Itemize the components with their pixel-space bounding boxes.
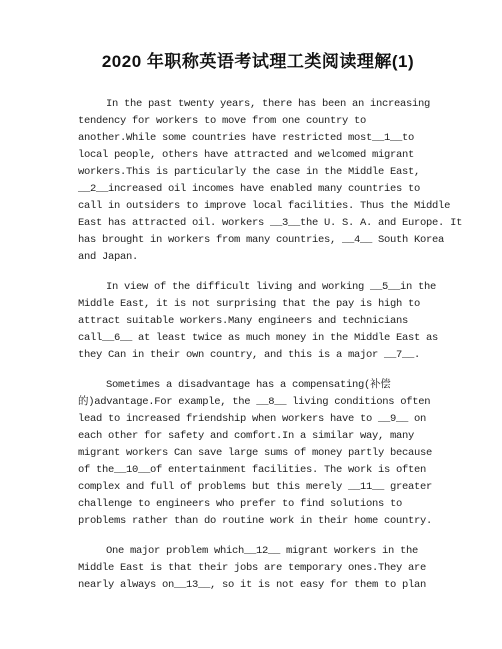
text-line: they Can in their own country, and this … [78,347,448,364]
document-page: 2020 年职称英语考试理工类阅读理解(1) In the past twent… [0,0,502,649]
text-line: tendency for workers to move from one co… [78,113,448,130]
text-line: Middle East is that their jobs are tempo… [78,560,448,577]
text-line: and Japan. [78,249,448,266]
text-line: nearly always on__13__, so it is not eas… [78,577,448,594]
paragraph: In the past twenty years, there has been… [78,96,448,266]
document-body: In the past twenty years, there has been… [78,96,448,594]
text-line: attract suitable workers.Many engineers … [78,313,448,330]
paragraph: In view of the difficult living and work… [78,279,448,364]
text-line: lead to increased friendship when worker… [78,411,448,428]
text-line: Sometimes a disadvantage has a compensat… [78,377,448,394]
text-line: of the__10__of entertainment facilities.… [78,462,448,479]
text-line: In view of the difficult living and work… [78,279,448,296]
paragraph: One major problem which__12__ migrant wo… [78,543,448,594]
document-title: 2020 年职称英语考试理工类阅读理解(1) [78,50,438,74]
text-line: One major problem which__12__ migrant wo… [78,543,448,560]
text-line: East has attracted oil. workers __3__the… [78,215,448,232]
text-line: Middle East, it is not surprising that t… [78,296,448,313]
text-line: problems rather than do routine work in … [78,513,448,530]
text-line: In the past twenty years, there has been… [78,96,448,113]
text-line: 的)advantage.For example, the __8__ livin… [78,394,448,411]
text-line: migrant workers Can save large sums of m… [78,445,448,462]
text-line: call__6__ at least twice as much money i… [78,330,448,347]
paragraph: Sometimes a disadvantage has a compensat… [78,377,448,530]
text-line: complex and full of problems but this me… [78,479,448,496]
text-line: __2__increased oil incomes have enabled … [78,181,448,198]
text-line: local people, others have attracted and … [78,147,448,164]
text-line: call in outsiders to improve local facil… [78,198,448,215]
text-line: workers.This is particularly the case in… [78,164,448,181]
text-line: another.While some countries have restri… [78,130,448,147]
text-line: challenge to engineers who prefer to fin… [78,496,448,513]
text-line: each other for safety and comfort.In a s… [78,428,448,445]
text-line: has brought in workers from many countri… [78,232,448,249]
